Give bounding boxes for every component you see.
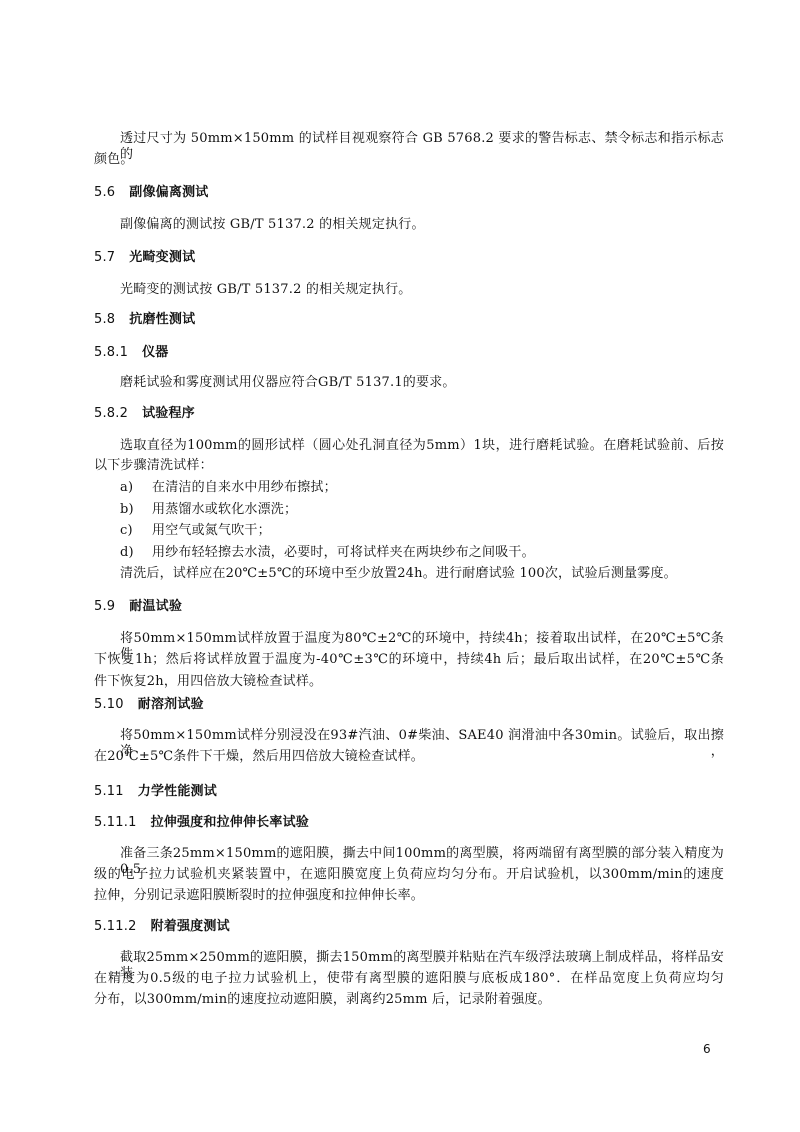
- list-marker: c): [120, 523, 152, 539]
- section-number: 5.8: [94, 312, 115, 328]
- section-title: 抗磨性测试: [129, 312, 195, 327]
- section-heading-5-7: 5.7光畸变测试: [94, 250, 195, 266]
- paragraph-line: 选取直径为100mm的圆形试样（圆心处孔洞直径为5mm）1块，进行磨耗试验。在磨…: [120, 438, 724, 454]
- section-number: 5.8.2: [94, 406, 128, 422]
- section-title: 耐温试验: [129, 599, 182, 614]
- list-text: 在清洁的自来水中用纱布擦拭；: [152, 480, 337, 495]
- paragraph-line: 级的电子拉力试验机夹紧装置中，在遮阳膜宽度上负荷应均匀分布。开启试验机，以300…: [94, 867, 724, 883]
- list-item-b: b)用蒸馏水或软化水漂洗；: [120, 502, 297, 518]
- section-heading-5-8-2: 5.8.2试验程序: [94, 406, 195, 422]
- section-title: 试验程序: [142, 406, 195, 421]
- list-item-c: c)用空气或氮气吹干；: [120, 523, 271, 539]
- section-number: 5.9: [94, 599, 115, 615]
- section-number: 5.11.1: [94, 815, 137, 831]
- list-text: 用纱布轻轻擦去水渍，必要时，可将试样夹在两块纱布之间吸干。: [152, 545, 535, 560]
- paragraph-line: 磨耗试验和雾度测试用仪器应符合GB/T 5137.1的要求。: [120, 375, 456, 391]
- list-marker: a): [120, 480, 152, 496]
- section-heading-5-8-1: 5.8.1仪器: [94, 345, 168, 361]
- section-number: 5.11: [94, 784, 124, 800]
- section-title: 耐溶剂试验: [138, 697, 204, 712]
- section-heading-5-6: 5.6副像偏离测试: [94, 185, 208, 201]
- section-title: 副像偏离测试: [129, 185, 208, 200]
- section-number: 5.8.1: [94, 345, 128, 361]
- paragraph-line: 下恢复1h；然后将试样放置于温度为-40℃±3℃的环境中，持续4h 后；最后取出…: [94, 652, 724, 668]
- paragraph-line: 透过尺寸为 50mm×150mm 的试样目视观察符合 GB 5768.2 要求的…: [120, 131, 724, 163]
- section-title: 附着强度测试: [151, 919, 230, 934]
- section-heading-5-10: 5.10耐溶剂试验: [94, 697, 204, 713]
- section-heading-5-11: 5.11力学性能测试: [94, 784, 217, 800]
- section-heading-5-8: 5.8抗磨性测试: [94, 312, 195, 328]
- list-text: 用空气或氮气吹干；: [152, 523, 271, 538]
- section-title: 力学性能测试: [138, 784, 217, 799]
- list-marker: b): [120, 502, 152, 518]
- paragraph-line: 在精度为0.5级的电子拉力试验机上，使带有离型膜的遮阳膜与底板成180°．在样品…: [94, 971, 724, 987]
- paragraph-line: 光畸变的测试按 GB/T 5137.2 的相关规定执行。: [120, 282, 411, 298]
- list-text: 用蒸馏水或软化水漂洗；: [152, 502, 297, 517]
- list-item-d: d)用纱布轻轻擦去水渍，必要时，可将试样夹在两块纱布之间吸干。: [120, 545, 535, 561]
- paragraph-line: 副像偏离的测试按 GB/T 5137.2 的相关规定执行。: [120, 217, 425, 233]
- section-title: 仪器: [142, 345, 168, 360]
- paragraph-line: 颜色。: [94, 152, 134, 168]
- section-number: 5.11.2: [94, 919, 137, 935]
- section-number: 5.6: [94, 185, 115, 201]
- paragraph-line: 件下恢复2h，用四倍放大镜检查试样。: [94, 674, 322, 690]
- section-heading-5-9: 5.9耐温试验: [94, 599, 182, 615]
- paragraph-line: 分布，以300mm/min的速度拉动遮阳膜，剥离约25mm 后，记录附着强度。: [94, 992, 551, 1008]
- paragraph-line: 在20℃±5℃条件下干燥，然后用四倍放大镜检查试样。: [94, 749, 424, 765]
- paragraph-line: 拉伸，分别记录遮阳膜断裂时的拉伸强度和拉伸伸长率。: [94, 888, 424, 904]
- section-heading-5-11-2: 5.11.2附着强度测试: [94, 919, 230, 935]
- list-item-a: a)在清洁的自来水中用纱布擦拭；: [120, 480, 337, 496]
- page-number: 6: [703, 1042, 711, 1056]
- section-title: 拉伸强度和拉伸伸长率试验: [151, 815, 309, 830]
- section-number: 5.10: [94, 697, 124, 713]
- section-heading-5-11-1: 5.11.1拉伸强度和拉伸伸长率试验: [94, 815, 309, 831]
- section-title: 光畸变测试: [129, 250, 195, 265]
- list-marker: d): [120, 545, 152, 561]
- paragraph-line: 以下步骤清洗试样：: [94, 458, 213, 474]
- section-number: 5.7: [94, 250, 115, 266]
- document-page: 透过尺寸为 50mm×150mm 的试样目视观察符合 GB 5768.2 要求的…: [0, 0, 800, 1132]
- paragraph-line: 清洗后，试样应在20℃±5℃的环境中至少放置24h。进行耐磨试验 100次，试验…: [120, 566, 677, 582]
